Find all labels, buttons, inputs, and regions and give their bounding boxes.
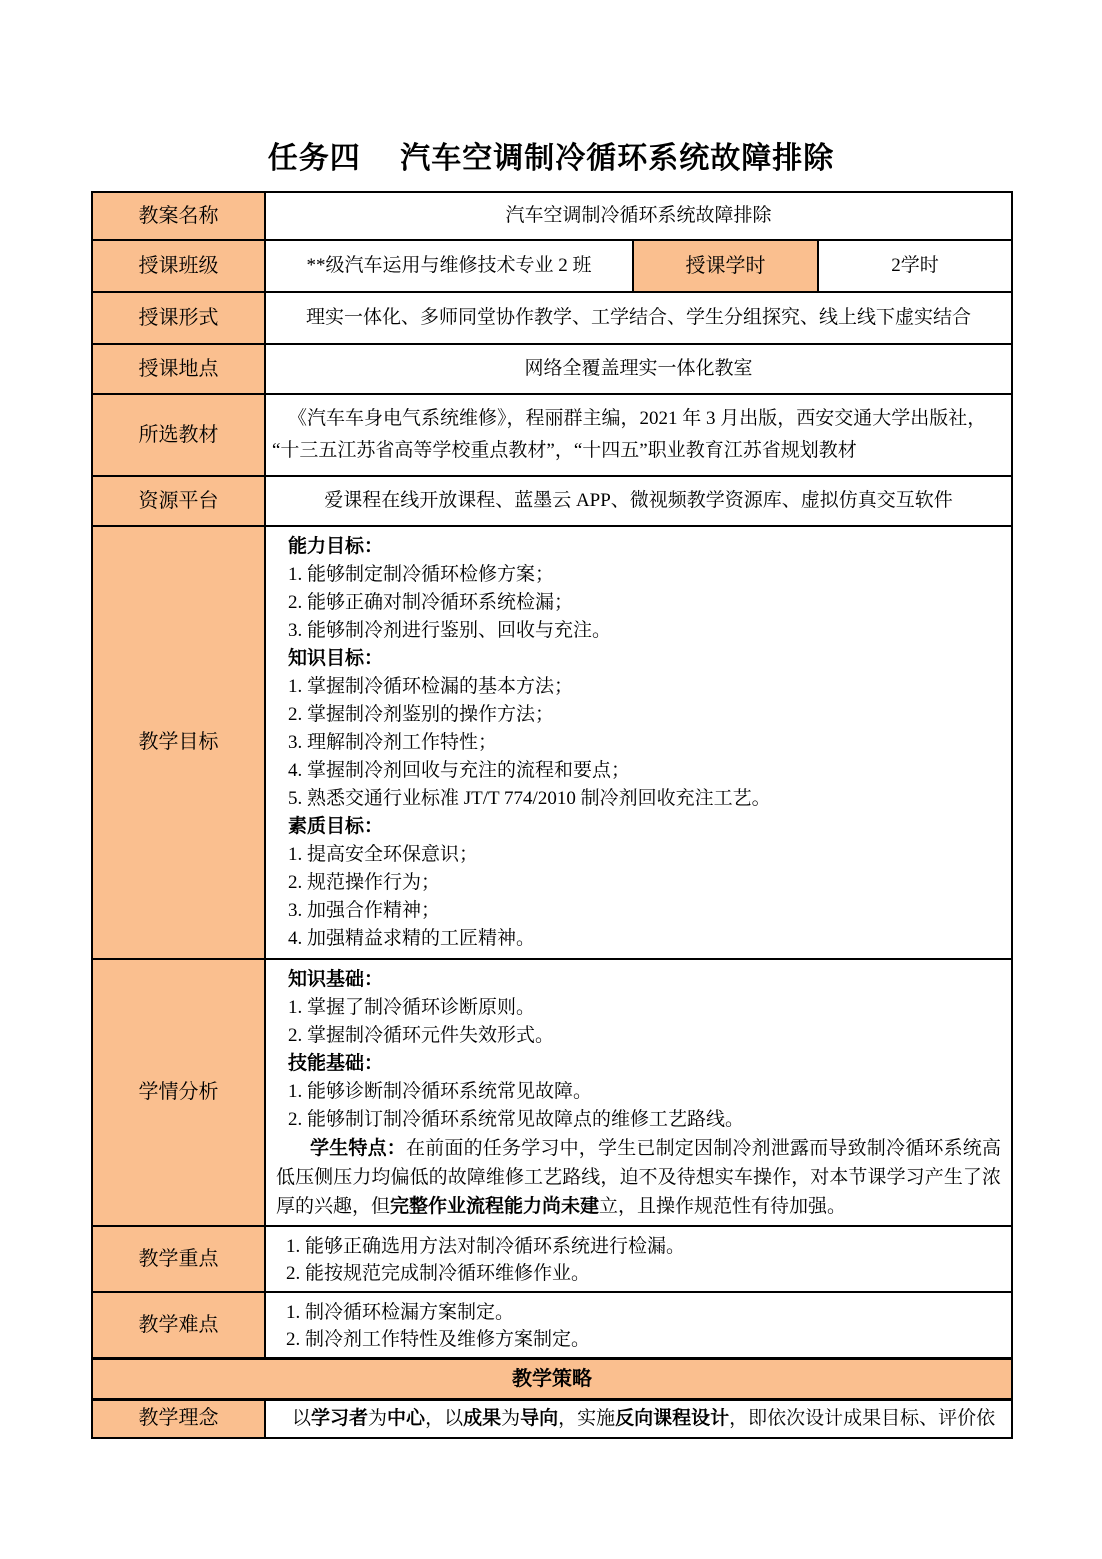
key-points-label: 教学重点 (92, 1226, 265, 1292)
teaching-form-label: 授课形式 (92, 292, 265, 344)
lesson-name-label: 教案名称 (92, 192, 265, 240)
textbook-value: 《汽车车身电气系统维修》，程丽群主编，2021 年 3 月出版，西安交通大学出版… (265, 394, 1012, 476)
class-value: **级汽车运用与维修技术专业 2 班 (265, 240, 633, 292)
class-label: 授课班级 (92, 240, 265, 292)
hours-value: 2学时 (818, 240, 1012, 292)
row-textbook: 所选教材 《汽车车身电气系统维修》，程丽群主编，2021 年 3 月出版，西安交… (92, 394, 1012, 476)
row-key-points: 教学重点 1. 能够正确选用方法对制冷循环系统进行检漏。2. 能按规范完成制冷循… (92, 1226, 1012, 1292)
textbook-label: 所选教材 (92, 394, 265, 476)
learner-analysis-label: 学情分析 (92, 959, 265, 1226)
row-class: 授课班级 **级汽车运用与维修技术专业 2 班 授课学时 2学时 (92, 240, 1012, 292)
teaching-goals-label: 教学目标 (92, 526, 265, 959)
row-lesson-name: 教案名称 汽车空调制冷循环系统故障排除 (92, 192, 1012, 240)
row-difficulties: 教学难点 1. 制冷循环检漏方案制定。2. 制冷剂工作特性及维修方案制定。 (92, 1292, 1012, 1359)
teaching-form-value: 理实一体化、多师同堂协作教学、工学结合、学生分组探究、线上线下虚实结合 (265, 292, 1012, 344)
row-strategy-banner: 教学策略 (92, 1359, 1012, 1400)
row-teaching-concept: 教学理念 以学习者为中心，以成果为导向，实施反向课程设计，即依次设计成果目标、评… (92, 1400, 1012, 1438)
hours-label: 授课学时 (633, 240, 818, 292)
document-page: 任务四 汽车空调制冷循环系统故障排除 教案名称 汽车空调制冷循环系统故障排除 授… (0, 0, 1102, 1559)
difficulties-value: 1. 制冷循环检漏方案制定。2. 制冷剂工作特性及维修方案制定。 (265, 1292, 1012, 1359)
strategy-banner: 教学策略 (92, 1359, 1012, 1400)
teaching-goals-value: 能力目标：1. 能够制定制冷循环检修方案；2. 能够正确对制冷循环系统检漏；3.… (265, 526, 1012, 959)
platform-value: 爱课程在线开放课程、蓝墨云 APP、微视频教学资源库、虚拟仿真交互软件 (265, 476, 1012, 526)
learner-analysis-value: 知识基础：1. 掌握了制冷循环诊断原则。2. 掌握制冷循环元件失效形式。技能基础… (265, 959, 1012, 1226)
location-value: 网络全覆盖理实一体化教室 (265, 344, 1012, 394)
row-platform: 资源平台 爱课程在线开放课程、蓝墨云 APP、微视频教学资源库、虚拟仿真交互软件 (92, 476, 1012, 526)
location-label: 授课地点 (92, 344, 265, 394)
platform-label: 资源平台 (92, 476, 265, 526)
lesson-plan-table: 教案名称 汽车空调制冷循环系统故障排除 授课班级 **级汽车运用与维修技术专业 … (91, 191, 1013, 1439)
page-title: 任务四 汽车空调制冷循环系统故障排除 (0, 139, 1102, 179)
textbook-line-1: 《汽车车身电气系统维修》，程丽群主编，2021 年 3 月出版，西安交通大学出版… (270, 403, 1007, 435)
teaching-concept-label: 教学理念 (92, 1400, 265, 1438)
key-points-value: 1. 能够正确选用方法对制冷循环系统进行检漏。2. 能按规范完成制冷循环维修作业… (265, 1226, 1012, 1292)
difficulties-label: 教学难点 (92, 1292, 265, 1359)
row-teaching-goals: 教学目标 能力目标：1. 能够制定制冷循环检修方案；2. 能够正确对制冷循环系统… (92, 526, 1012, 959)
row-location: 授课地点 网络全覆盖理实一体化教室 (92, 344, 1012, 394)
teaching-concept-value: 以学习者为中心，以成果为导向，实施反向课程设计，即依次设计成果目标、评价依 (265, 1400, 1012, 1438)
textbook-line-2: “十三五江苏省高等学校重点教材”，“十四五”职业教育江苏省规划教材 (270, 435, 1007, 467)
row-teaching-form: 授课形式 理实一体化、多师同堂协作教学、工学结合、学生分组探究、线上线下虚实结合 (92, 292, 1012, 344)
lesson-name-value: 汽车空调制冷循环系统故障排除 (265, 192, 1012, 240)
row-learner-analysis: 学情分析 知识基础：1. 掌握了制冷循环诊断原则。2. 掌握制冷循环元件失效形式… (92, 959, 1012, 1226)
